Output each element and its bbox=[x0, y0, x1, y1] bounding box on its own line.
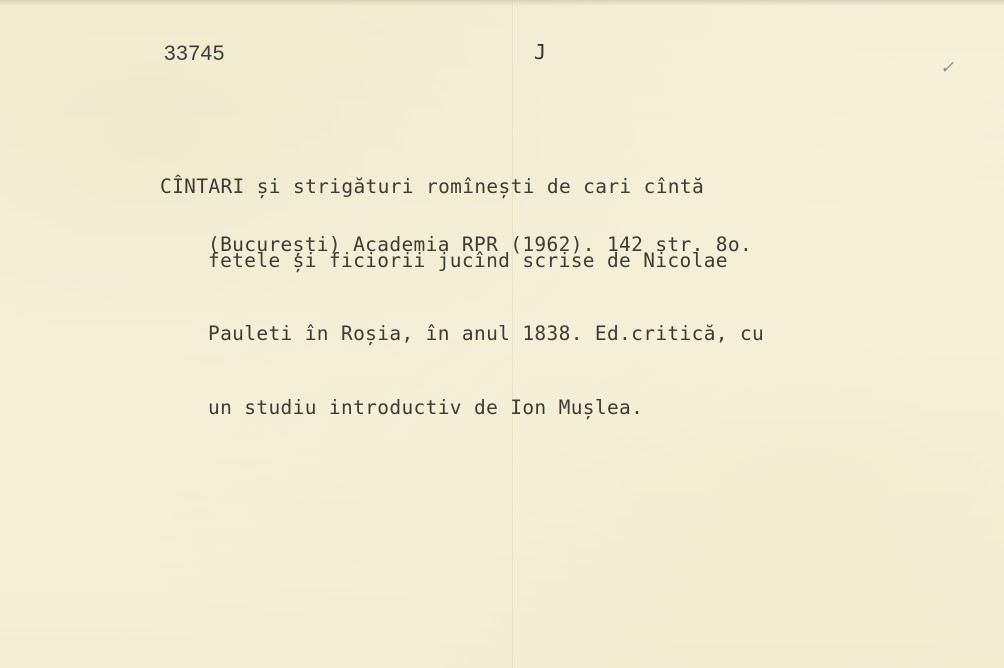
entry-line: Pauleti în Roșia, în anul 1838. Ed.criti… bbox=[160, 322, 764, 347]
card-top-edge bbox=[0, 0, 1004, 6]
entry-line: un studiu introductiv de Ion Mușlea. bbox=[160, 396, 764, 421]
bibliographic-entry: CÎNTARI și strigături romînești de cari … bbox=[160, 126, 764, 469]
check-mark-icon: ✓ bbox=[940, 58, 954, 78]
entry-title-line: CÎNTARI și strigături romînești de cari … bbox=[160, 175, 764, 200]
catalog-card: 33745 J ✓ CÎNTARI și strigături romîneșt… bbox=[0, 0, 1004, 668]
imprint-line: (București) Academia RPR (1962). 142 str… bbox=[208, 233, 752, 256]
accession-number: 33745 bbox=[164, 42, 225, 66]
section-letter: J bbox=[534, 40, 546, 64]
